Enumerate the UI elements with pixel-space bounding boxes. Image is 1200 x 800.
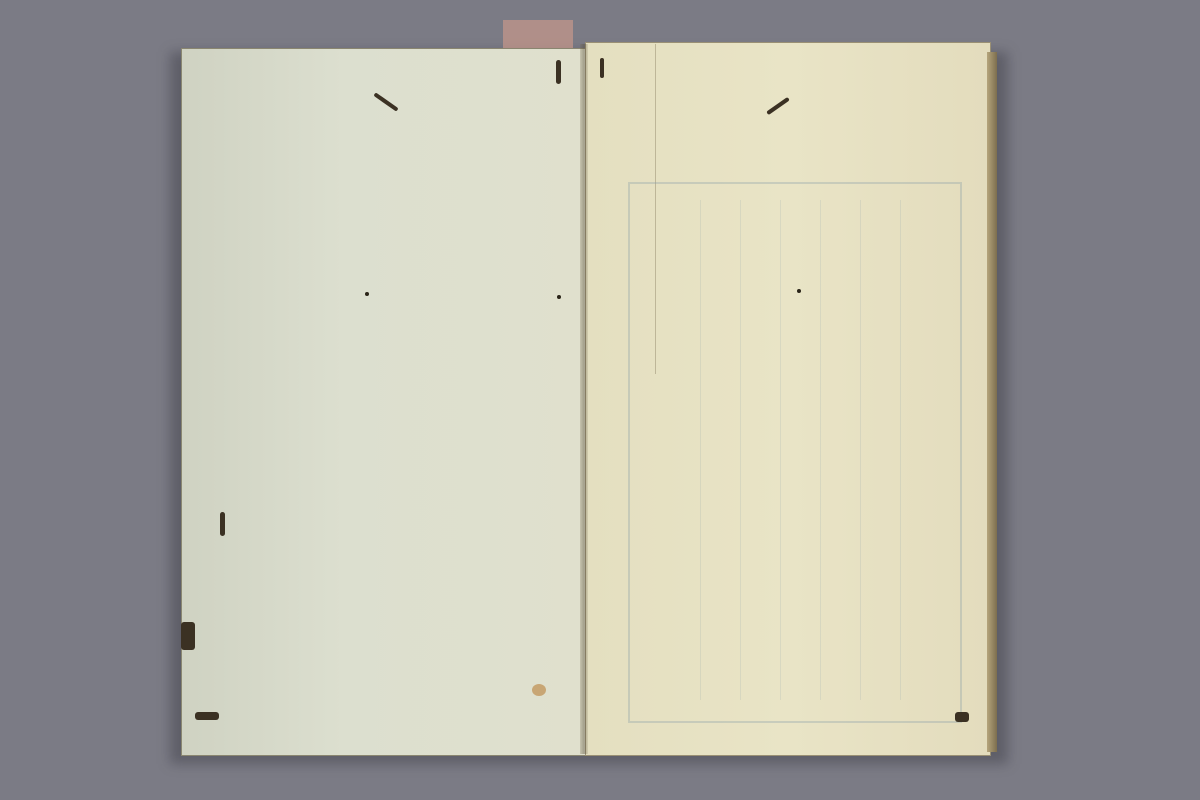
insect-damage	[955, 712, 969, 722]
book-gutter	[580, 44, 588, 754]
bleed-through-frame	[628, 182, 962, 723]
stain	[532, 684, 546, 696]
bleed-through-column	[740, 200, 741, 700]
insect-damage	[181, 622, 195, 650]
open-book	[0, 0, 1200, 800]
bleed-through-column	[700, 200, 701, 700]
insect-damage	[195, 712, 219, 720]
page-edges	[987, 52, 997, 752]
left-page	[181, 48, 587, 756]
bleed-through-column	[900, 200, 901, 700]
wormhole	[365, 292, 369, 296]
bleed-through-column	[820, 200, 821, 700]
insect-damage	[600, 58, 604, 78]
insect-damage	[556, 60, 561, 84]
insect-damage	[220, 512, 225, 536]
wormhole	[557, 295, 561, 299]
bleed-through-column	[860, 200, 861, 700]
bleed-through-column	[780, 200, 781, 700]
wormhole	[797, 289, 801, 293]
